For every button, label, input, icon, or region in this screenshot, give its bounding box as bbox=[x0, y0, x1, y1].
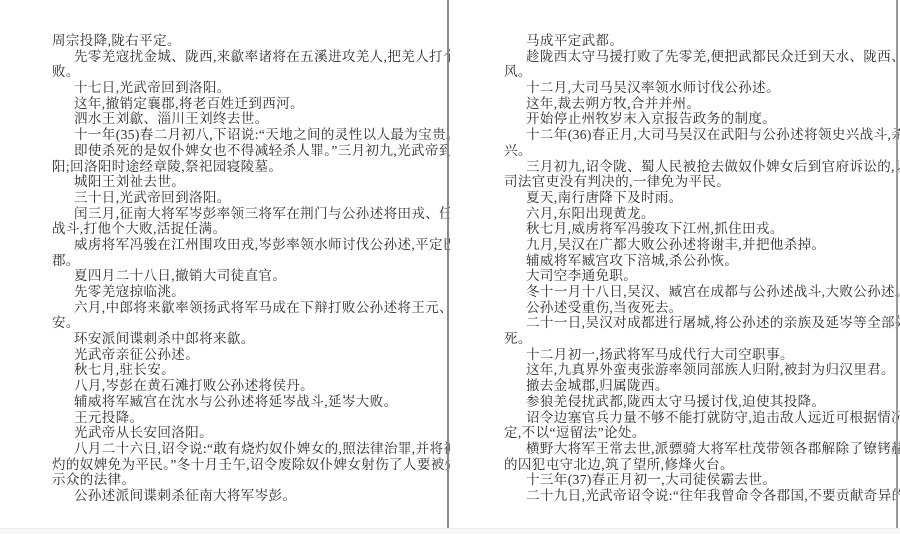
text-line: 闰三月,征南大将军岑彭率领三将军在荆门与公孙述将田戎、任满 bbox=[52, 206, 435, 222]
text-line: 王元投降。 bbox=[52, 410, 435, 426]
text-line: 兴。 bbox=[504, 143, 874, 159]
text-line: 定,不以“逗留法”论处。 bbox=[504, 425, 874, 441]
text-line: 这年,撤销定襄郡,将老百姓迁到西河。 bbox=[52, 96, 435, 112]
page-divider bbox=[447, 0, 449, 534]
text-line: 二十一日,吴汉对成都进行屠城,将公孙述的亲族及延岑等全部处 bbox=[504, 315, 874, 331]
text-line: 败。 bbox=[52, 64, 435, 80]
text-line: 二十九日,光武帝诏令说:“往年我曾命令各郡国,不要贡献奇异的美 bbox=[504, 488, 874, 504]
text-line: 示众的法律。 bbox=[52, 472, 435, 488]
text-line: 战斗,打他个大败,活捉任满。 bbox=[52, 221, 435, 237]
text-line: 横野大将军王常去世,派骠骑大将军杜茂带领各郡解除了镣铐赭衣 bbox=[504, 441, 874, 457]
page-left: 周宗投降,陇右平定。先零羌寇扰金城、陇西,来歙率诸将在五溪进攻羌人,把羌人打个大… bbox=[0, 0, 447, 534]
text-line: 夏四月二十八日,撤销大司徒直官。 bbox=[52, 268, 435, 284]
text-line: 三月初九,诏令陇、蜀人民被抢去做奴仆婢女后到官府诉讼的,以及 bbox=[504, 159, 874, 175]
text-line: 的囚犯屯守北边,筑了望所,修烽火台。 bbox=[504, 457, 874, 473]
text-line: 八月,岑彭在黄石滩打败公孙述将侯丹。 bbox=[52, 378, 435, 394]
text-line: 撤去金城郡,归属陇西。 bbox=[504, 378, 874, 394]
text-line: 趁陇西太守马援打败了先零羌,便把武都民众迁到天水、陇西、扶 bbox=[504, 49, 874, 65]
text-line: 环安派间谍刺杀中郎将来歙。 bbox=[52, 331, 435, 347]
text-line: 六月,东阳出现黄龙。 bbox=[504, 206, 874, 222]
text-line: 参狼羌侵扰武都,陇西太守马援讨伐,迫使其投降。 bbox=[504, 394, 874, 410]
text-line: 十一年(35)春二月初八,下诏说:“天地之间的灵性以人最为宝贵。 bbox=[52, 127, 435, 143]
text-line: 冬十一月十八日,吴汉、臧宫在成都与公孙述战斗,大败公孙述。 bbox=[504, 284, 874, 300]
text-line: 十二月初一,扬武将军马成代行大司空职事。 bbox=[504, 347, 874, 363]
text-line: 十二年(36)春正月,大司马吴汉在武阳与公孙述将领史兴战斗,杀史 bbox=[504, 127, 874, 143]
book-spread: 周宗投降,陇右平定。先零羌寇扰金城、陇西,来歙率诸将在五溪进攻羌人,把羌人打个大… bbox=[0, 0, 900, 534]
text-line: 九月,吴汉在广都大败公孙述将谢丰,并把他杀掉。 bbox=[504, 237, 874, 253]
text-line: 八月二十六日,诏令说:“敢有烧灼奴仆婢女的,照法律治罪,并将被烧 bbox=[52, 441, 435, 457]
text-line: 马成平定武都。 bbox=[504, 33, 874, 49]
text-line: 这年,裁去朔方牧,合并并州。 bbox=[504, 96, 874, 112]
text-line: 司法官吏没有判决的,一律免为平民。 bbox=[504, 174, 874, 190]
text-line: 风。 bbox=[504, 64, 874, 80]
text-line: 先零羌寇扰金城、陇西,来歙率诸将在五溪进攻羌人,把羌人打个大 bbox=[52, 49, 435, 65]
text-line: 泗水王刘歙、淄川王刘终去世。 bbox=[52, 111, 435, 127]
text-line: 秋七月,威虏将军冯骏攻下江州,抓住田戎。 bbox=[504, 221, 874, 237]
text-line: 公孙述派间谍刺杀征南大将军岑彭。 bbox=[52, 488, 435, 504]
text-line: 诏令边塞官兵力量不够不能打就防守,追击敌人远近可根据情况而 bbox=[504, 410, 874, 426]
text-line: 十七日,光武帝回到洛阳。 bbox=[52, 80, 435, 96]
text-line: 死。 bbox=[504, 331, 874, 347]
text-line: 先零羌寇掠临洮。 bbox=[52, 284, 435, 300]
text-line: 阳;回洛阳时途经章陵,祭祀园寝陵墓。 bbox=[52, 159, 435, 175]
text-line: 三十日,光武帝回到洛阳。 bbox=[52, 190, 435, 206]
text-line: 即使杀死的是奴仆婢女也不得减轻杀人罪。”三月初九,光武帝到南 bbox=[52, 143, 435, 159]
page-bottom-edge bbox=[0, 528, 900, 534]
text-line: 安。 bbox=[52, 315, 435, 331]
text-line: 公孙述受重伤,当夜死去。 bbox=[504, 300, 874, 316]
page-edge-line bbox=[896, 0, 898, 534]
text-line: 这年,九真界外蛮夷张游率领同部族人归附,被封为归汉里君。 bbox=[504, 362, 874, 378]
text-line: 周宗投降,陇右平定。 bbox=[52, 33, 435, 49]
text-line: 光武帝亲征公孙述。 bbox=[52, 347, 435, 363]
text-line: 大司空李通免职。 bbox=[504, 268, 874, 284]
text-line: 开始停止州牧岁末入京报告政务的制度。 bbox=[504, 111, 874, 127]
page-right: 马成平定武都。趁陇西太守马援打败了先零羌,便把武都民众迁到天水、陇西、扶风。十二… bbox=[450, 0, 896, 534]
text-line: 城阳王刘祉去世。 bbox=[52, 174, 435, 190]
text-line: 十二月,大司马吴汉率领水师讨伐公孙述。 bbox=[504, 80, 874, 96]
text-line: 威虏将军冯骏在江州围攻田戎,岑彭率领水师讨伐公孙述,平定巴 bbox=[52, 237, 435, 253]
text-line: 辅威将军臧宫攻下涪城,杀公孙恢。 bbox=[504, 253, 874, 269]
text-line: 光武帝从长安回洛阳。 bbox=[52, 425, 435, 441]
text-line: 秋七月,驻长安。 bbox=[52, 362, 435, 378]
text-line: 郡。 bbox=[52, 253, 435, 269]
text-line: 六月,中郎将来歙率领扬武将军马成在下辩打败公孙述将王元、环 bbox=[52, 300, 435, 316]
text-line: 夏天,南行唐降下及时雨。 bbox=[504, 190, 874, 206]
text-line: 十三年(37)春正月初一,大司徒侯霸去世。 bbox=[504, 472, 874, 488]
text-line: 辅威将军臧宫在沈水与公孙述将延岑战斗,延岑大败。 bbox=[52, 394, 435, 410]
text-line: 灼的奴婢免为平民。”冬十月壬午,诏令废除奴仆婢女射伤了人要被处死 bbox=[52, 457, 435, 473]
